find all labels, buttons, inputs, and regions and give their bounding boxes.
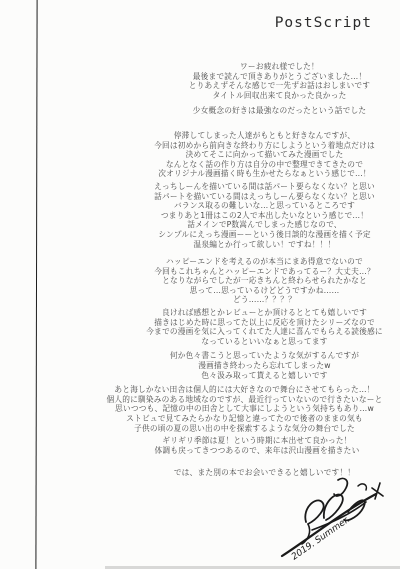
text-line: となりながらでしたが一応きちんと終わらせられたかなと: [132, 276, 397, 286]
text-line: タイトル回収出来て良かった良かった: [162, 91, 397, 101]
text-line: とりあえずそんな感じで一先ずお話はおしまいです: [162, 81, 397, 91]
text-line: なっているといいなぁと思ってます: [132, 337, 397, 347]
afterword-paragraph: ギリギリ季節は夏！という時期に本出せて良かった！ 体調も戻ってきつつあるので、来…: [92, 436, 397, 455]
text-line: あと海しかない田舎は個人的には大好きなので舞台にさせてもらった…！: [92, 385, 397, 395]
afterword-paragraph: 良ければ感想とかレビューとか頂けるととても嬉しいです 描きはじめた時に思ってた以…: [92, 308, 397, 346]
text-line: えっちしーんを描いている間は話パート要らなくない？と思い: [132, 182, 397, 192]
text-line: なんとなく話の作り方は自分の中で整理できてきたので: [132, 160, 397, 170]
text-line: 少女概念の好きは最強なのだったという話でした: [162, 106, 397, 116]
text-line: 今回は初めから前向きな終わり方にしようという着地点だけは: [132, 141, 397, 151]
afterword-text: ワーお疲れ様でした！ 最後まで読んで頂きありがとうございました…！ とりあえずそ…: [92, 62, 397, 478]
page-edge-line: [35, 0, 38, 569]
afterword-paragraph: ワーお疲れ様でした！ 最後まで読んで頂きありがとうございました…！ とりあえずそ…: [92, 62, 397, 100]
text-line: 何か色々書こうと思っていたような気がするんですが: [132, 351, 397, 361]
artist-signature: 2019. Summer.: [272, 472, 392, 568]
afterword-page: PostScript ワーお疲れ様でした！ 最後まで読んで頂きありがとうございま…: [0, 0, 400, 569]
page-title: PostScript: [275, 15, 372, 31]
text-line: 思って…思っているけどどうですかね……: [132, 286, 397, 296]
text-line: バランス取るの難しいな…と思っているところです: [132, 201, 397, 211]
afterword-paragraph: 何か色々書こうと思っていたような気がするんですが 漫画描き終わったら忘れてしまっ…: [92, 351, 397, 380]
text-line: 次オリジナル漫画描く時も生かせたらなぁという感じで…！: [132, 169, 397, 179]
text-line: 決めてそこに向かって描いてみた漫画でした: [132, 150, 397, 160]
text-line: 温泉編とか行って欲しい！ですね！！！: [132, 240, 397, 250]
afterword-paragraph: ハッピーエンドを考えるのが本当にまあ得意でないので 今回もこれちゃんとハッピーエ…: [92, 257, 397, 305]
afterword-paragraph: えっちしーんを描いている間は話パート要らなくない？と思い 話パートを描いている間…: [92, 182, 397, 249]
text-line: シンプルにえっち漫画ーーという後日談的な漫画を描く予定: [132, 230, 397, 240]
text-line: 今回もこれちゃんとハッピーエンドであってるー？大丈夫…？: [132, 267, 397, 277]
text-line: 個人的に馴染みのある地域なのですが、最近行っていないので行きたいなーと: [92, 395, 397, 405]
text-line: 漫画描き終わったら忘れてしまったw: [132, 361, 397, 371]
text-line: 最後まで読んで頂きありがとうございました…！: [162, 72, 397, 82]
text-line: 停滞してしまった人達がもともと好きなんですが、: [132, 131, 397, 141]
signature-date: 2019. Summer.: [290, 515, 352, 563]
text-line: 話メインでP数嵩んでしまった感じなので、: [132, 220, 397, 230]
afterword-paragraph: 少女概念の好きは最強なのだったという話でした: [92, 106, 397, 116]
text-line: 色々汲み取って貰えると嬉しいです: [132, 371, 397, 381]
signature-strokes: 2019. Summer.: [272, 472, 392, 568]
text-line: ワーお疲れ様でした！: [162, 62, 397, 72]
text-line: 子供の頃の夏の思い出の中を探索するような気分の舞台でした: [92, 424, 397, 434]
text-line: ストビュで見てみたらかなり記憶と違ってたので後者のままの気も: [92, 414, 397, 424]
afterword-paragraph: 停滞してしまった人達がもともと好きなんですが、 今回は初めから前向きな終わり方に…: [92, 131, 397, 179]
text-line: 今までの漫画を気に入ってくれてた人達に喜んでもらえる読後感に: [132, 327, 397, 337]
text-line: 体調も戻ってきつつあるので、来年は沢山漫画を描きたい: [117, 446, 397, 456]
text-line: ギリギリ季節は夏！という時期に本出せて良かった！: [117, 436, 397, 446]
text-line: どう……？？？？: [132, 295, 397, 305]
text-line: 描きはじめた時に思ってた以上に反応を頂けたシリーズなので: [132, 318, 397, 328]
text-line: 思いつつも、記憶の中の田舎として大事にしようという気持ちもあり…w: [92, 404, 397, 414]
text-line: つまりあと1冊はこの2人で本出したいなという感じで…！: [132, 211, 397, 221]
afterword-paragraph: あと海しかない田舎は個人的には大好きなので舞台にさせてもらった…！ 個人的に馴染…: [92, 385, 397, 433]
text-line: 話パートを描いている間はえっちしーん要らなくない？と思い: [132, 192, 397, 202]
text-line: ハッピーエンドを考えるのが本当にまあ得意でないので: [132, 257, 397, 267]
text-line: 良ければ感想とかレビューとか頂けるととても嬉しいです: [132, 308, 397, 318]
